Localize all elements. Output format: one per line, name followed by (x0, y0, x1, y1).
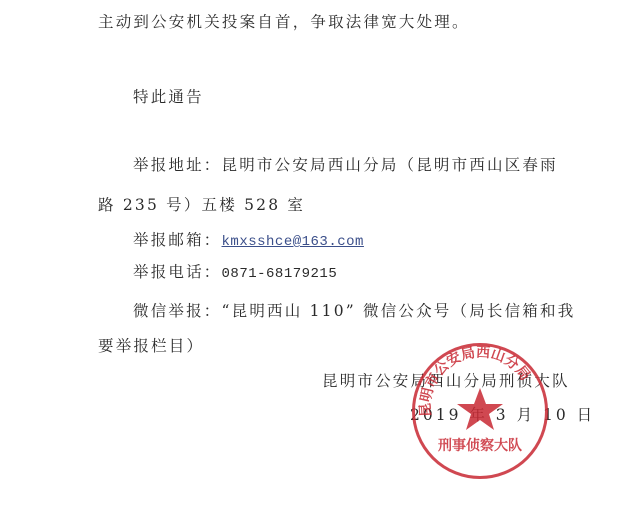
wechat-line1: “昆明西山 110” 微信公众号（局长信箱和我 (222, 302, 576, 320)
report-wechat: 微信举报：“昆明西山 110” 微信公众号（局长信箱和我 (133, 301, 575, 321)
address-line2: 路 235 号）五楼 528 室 (98, 195, 305, 215)
phone-number: 0871-68179215 (222, 266, 338, 282)
official-seal: 昆明市公安局西山分局 刑事侦察大队 (412, 343, 548, 479)
seal-graphic: 昆明市公安局西山分局 刑事侦察大队 (415, 346, 545, 476)
seal-bottom-text: 刑事侦察大队 (438, 437, 522, 454)
address-line1: 昆明市公安局西山分局（昆明市西山区春雨 (222, 156, 558, 174)
wechat-line2: 要举报栏目） (98, 336, 204, 356)
email-label: 举报邮箱： (133, 231, 222, 249)
wechat-label: 微信举报： (133, 302, 222, 320)
report-address: 举报地址：昆明市公安局西山分局（昆明市西山区春雨 (133, 155, 558, 175)
star-icon (457, 388, 503, 430)
phone-label: 举报电话： (133, 263, 222, 281)
notice-heading: 特此通告 (133, 87, 204, 107)
paragraph-ending: 主动到公安机关投案自首，争取法律宽大处理。 (98, 12, 470, 32)
email-link[interactable]: kmxsshce@163.com (222, 234, 364, 250)
report-phone: 举报电话：0871-68179215 (133, 262, 337, 284)
address-label: 举报地址： (133, 156, 222, 174)
report-email: 举报邮箱：kmxsshce@163.com (133, 230, 364, 252)
